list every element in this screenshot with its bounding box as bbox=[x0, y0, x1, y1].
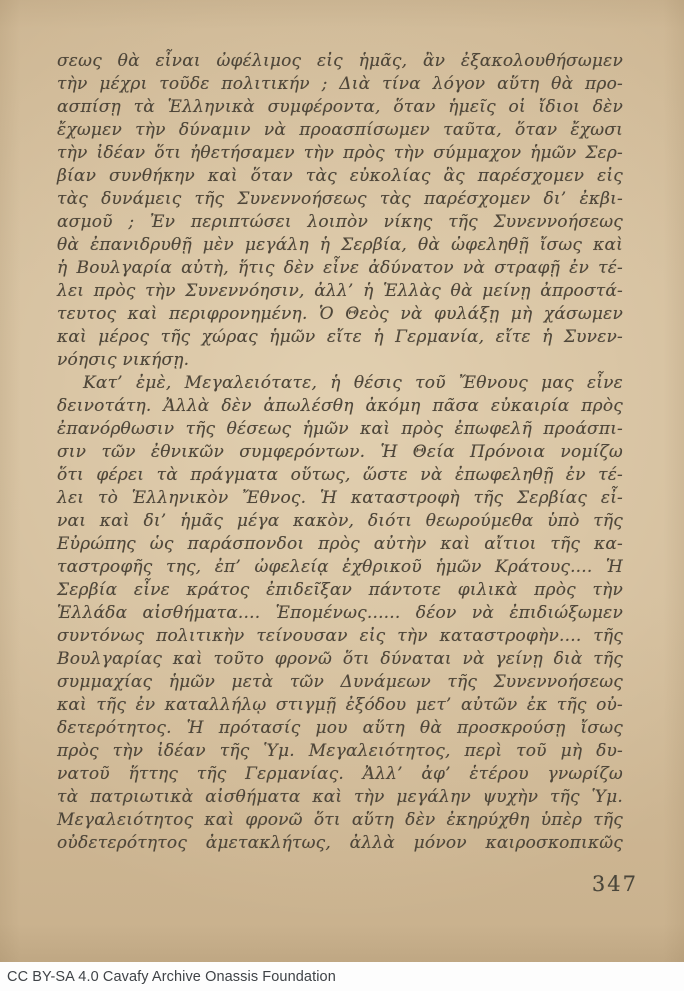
text-line: πρὸς τὴν ἰδέαν τῆς Ὑμ. Μεγαλειότητος, πε… bbox=[57, 740, 623, 763]
text-line: θὰ ἐπανιδρυθῇ μὲν μεγάλη ἡ Σερβία, θὰ ὠφ… bbox=[57, 234, 623, 257]
license-bar: CC BY-SA 4.0 Cavafy Archive Onassis Foun… bbox=[0, 962, 684, 991]
text-line: δετερότητος. Ἡ πρότασίς μου αὕτη θὰ προσ… bbox=[57, 717, 623, 740]
text-line: ἐπανόρθωσιν τῆς θέσεως ἡμῶν καὶ πρὸς ἐπω… bbox=[57, 418, 623, 441]
text-line: λει τὸ Ἑλληνικὸν Ἔθνος. Ἡ καταστροφὴ τῆς… bbox=[57, 487, 623, 510]
text-line: βίαν συνθήκην καὶ ὅταν τὰς εὐκολίας ἃς π… bbox=[57, 165, 623, 188]
scanned-page: σεως θὰ εἶναι ὠφέλιμος εἰς ἡμᾶς, ἂν ἐξακ… bbox=[0, 0, 684, 962]
text-line: σεως θὰ εἶναι ὠφέλιμος εἰς ἡμᾶς, ἂν ἐξακ… bbox=[57, 50, 623, 73]
text-line: ὅτι φέρει τὰ πράγματα οὕτως, ὥστε νὰ ἐπω… bbox=[57, 464, 623, 487]
text-line: νατοῦ ἥττης τῆς Γερμανίας. Ἀλλ’ ἀφ’ ἑτέρ… bbox=[57, 763, 623, 786]
text-line: Βουλγαρίας καὶ τοῦτο φρονῶ ὅτι δύναται ν… bbox=[57, 648, 623, 671]
text-line: συντόνως πολιτικὴν τείνουσαν εἰς τὴν κατ… bbox=[57, 625, 623, 648]
text-line: τὴν ἰδέαν ὅτι ἠθετήσαμεν τὴν πρὸς τὴν σύ… bbox=[57, 142, 623, 165]
text-line: ταστροφῆς της, ἐπ’ ὠφελείᾳ ἐχθρικοῦ ἡμῶν… bbox=[57, 556, 623, 579]
text-line: ἔχωμεν τὴν δύναμιν νὰ προασπίσωμεν ταῦτα… bbox=[57, 119, 623, 142]
text-line: τὰ πατριωτικὰ αἰσθήματα καὶ τὴν μεγάλην … bbox=[57, 786, 623, 809]
text-line: ἡ Βουλγαρία αὐτὴ, ἥτις δὲν εἶνε ἀδύνατον… bbox=[57, 257, 623, 280]
text-line: τὴν μέχρι τοῦδε πολιτικήν ; Διὰ τίνα λόγ… bbox=[57, 73, 623, 96]
text-line: τευτος καὶ περιφρονημένη. Ὁ Θεὸς νὰ φυλά… bbox=[57, 303, 623, 326]
page-text: σεως θὰ εἶναι ὠφέλιμος εἰς ἡμᾶς, ἂν ἐξακ… bbox=[57, 50, 623, 855]
text-line: τὰς δυνάμεις τῆς Συνεννοήσεως τὰς παρέσχ… bbox=[57, 188, 623, 211]
text-line: ασπίσῃ τὰ Ἑλληνικὰ συμφέροντα, ὅταν ἡμεῖ… bbox=[57, 96, 623, 119]
text-line: σιν τῶν ἐθνικῶν συμφερόντων. Ἡ Θεία Πρόν… bbox=[57, 441, 623, 464]
text-line: Μεγαλειότητος καὶ φρονῶ ὅτι αὕτη δὲν ἐκη… bbox=[57, 809, 623, 832]
text-line: συμμαχίας ἡμῶν μετὰ τῶν Δυνάμεων τῆς Συν… bbox=[57, 671, 623, 694]
text-line: Εὐρώπης ὡς παράσπονδοι πρὸς αὐτὴν καὶ αἴ… bbox=[57, 533, 623, 556]
text-line: νόησις νικήσῃ. bbox=[57, 349, 623, 372]
text-line: ναι καὶ δι’ ἡμᾶς μέγα κακὸν, διότι θεωρο… bbox=[57, 510, 623, 533]
text-line: λει πρὸς τὴν Συνεννόησιν, ἀλλ’ ἡ Ἑλλὰς θ… bbox=[57, 280, 623, 303]
text-line: Κατ’ ἐμὲ, Μεγαλειότατε, ἡ θέσις τοῦ Ἔθνο… bbox=[57, 372, 623, 395]
license-text: CC BY-SA 4.0 Cavafy Archive Onassis Foun… bbox=[0, 969, 336, 985]
text-line: οὐδετερότητος ἀμετακλήτως, ἀλλὰ μόνον κα… bbox=[57, 832, 623, 855]
text-line: Ἑλλάδα αἰσθήματα.... Ἑπομένως...... δέον… bbox=[57, 602, 623, 625]
text-line: καὶ μέρος τῆς χώρας ἡμῶν εἴτε ἡ Γερμανία… bbox=[57, 326, 623, 349]
text-line: καὶ τῆς ἐν καταλλήλῳ στιγμῇ ἐξόδου μετ’ … bbox=[57, 694, 623, 717]
page-number: 347 bbox=[592, 872, 638, 896]
text-line: δεινοτάτη. Ἀλλὰ δὲν ἀπωλέσθη ἀκόμη πᾶσα … bbox=[57, 395, 623, 418]
text-line: Σερβία εἶνε κράτος ἐπιδεῖξαν πάντοτε φιλ… bbox=[57, 579, 623, 602]
text-line: ασμοῦ ; Ἐν περιπτώσει λοιπὸν νίκης τῆς Σ… bbox=[57, 211, 623, 234]
